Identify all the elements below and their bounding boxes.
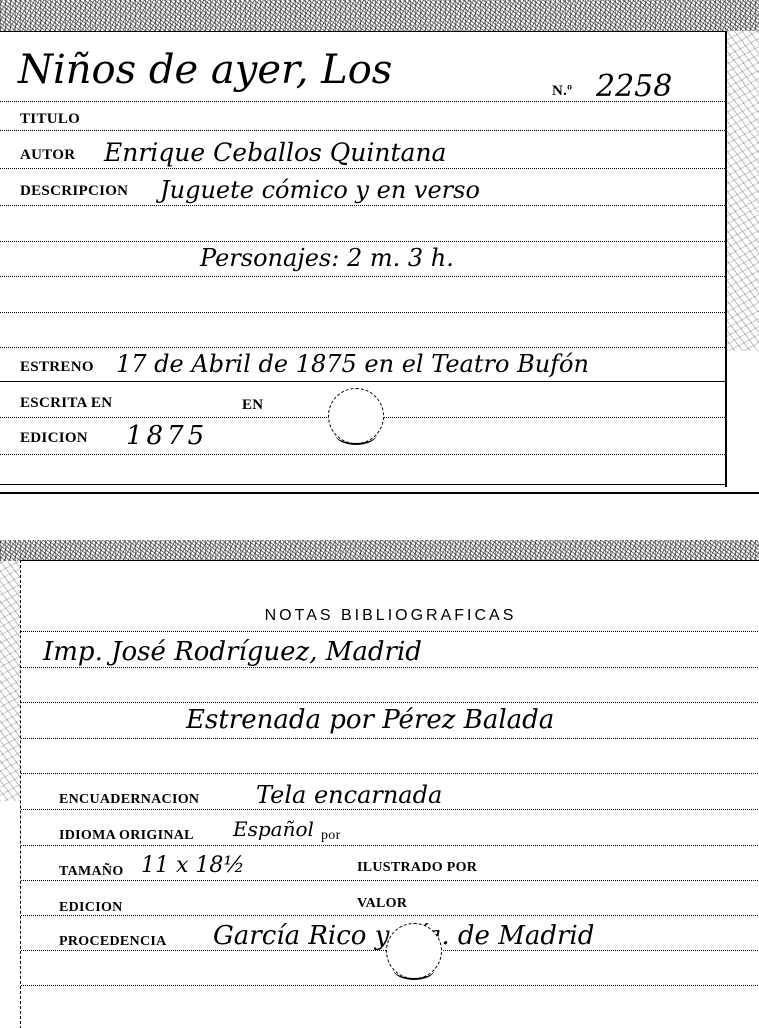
rule: [21, 773, 759, 774]
scan-noise-middle: [0, 540, 759, 561]
rule: [21, 738, 759, 739]
descripcion-label: DESCRIPCION: [20, 184, 128, 199]
idioma-label: IDIOMA ORIGINAL: [59, 829, 194, 843]
notas-heading: NOTAS BIBLIOGRAFICAS: [21, 607, 759, 625]
edicion-value: 1875: [126, 423, 208, 449]
title-handwritten: Niños de ayer, Los: [18, 50, 392, 90]
scan-noise-right: [727, 31, 759, 351]
estreno-value: 17 de Abril de 1875 en el Teatro Bufón: [116, 352, 589, 376]
personajes-value: Personajes: 2 m. 3 h.: [200, 246, 454, 270]
tamano-value: 11 x 18½: [141, 855, 245, 877]
edicion-label: EDICION: [20, 431, 88, 446]
catalog-card-notes: NOTAS BIBLIOGRAFICAS Imp. José Rodríguez…: [20, 560, 759, 1028]
encuadernacion-label: ENCUADERNACION: [59, 793, 199, 807]
encuadernacion-value: Tela encarnada: [256, 783, 442, 807]
rule: [0, 454, 725, 455]
rule: [0, 130, 725, 131]
punch-hole: [328, 388, 384, 444]
estreno-label: ESTRENO: [20, 360, 94, 375]
rule: [21, 702, 759, 703]
rule: [0, 241, 725, 242]
rule: [0, 205, 725, 206]
valor-label: VALOR: [357, 897, 407, 911]
idioma-value: Español: [233, 819, 314, 839]
catalog-card-main: Niños de ayer, Los N.º 2258 TITULO AUTOR…: [0, 31, 727, 487]
punch-hole: [386, 923, 442, 979]
por-label: por: [321, 829, 341, 843]
edicion-label-2: EDICION: [59, 901, 123, 915]
rule: [0, 276, 725, 277]
rule: [0, 101, 725, 102]
rule: [21, 880, 759, 881]
number-label: N.º: [552, 84, 572, 99]
procedencia-label: PROCEDENCIA: [59, 935, 167, 949]
autor-value: Enrique Ceballos Quintana: [104, 140, 446, 165]
scan-noise-top: [0, 0, 759, 31]
en-label: EN: [242, 398, 263, 413]
rule: [21, 631, 759, 632]
escrita-en-label: ESCRITA EN: [20, 396, 112, 411]
number-value: 2258: [596, 72, 672, 102]
rule: [0, 168, 725, 169]
ilustrado-label: ILUSTRADO POR: [357, 861, 477, 875]
rule: [21, 809, 759, 810]
rule: [0, 312, 725, 313]
rule: [21, 915, 759, 916]
rule: [0, 381, 725, 382]
rule: [0, 484, 725, 485]
autor-label: AUTOR: [20, 148, 75, 163]
card-edge: [0, 492, 759, 494]
rule: [0, 347, 725, 348]
descripcion-value: Juguete cómico y en verso: [160, 178, 480, 202]
scan-noise-left: [0, 561, 20, 801]
tamano-label: TAMAÑO: [59, 865, 124, 879]
note-line-2: Estrenada por Pérez Balada: [186, 707, 554, 733]
titulo-label: TITULO: [20, 112, 80, 127]
rule: [21, 667, 759, 668]
note-line-1: Imp. José Rodríguez, Madrid: [43, 639, 422, 665]
rule: [21, 985, 759, 986]
rule: [21, 845, 759, 846]
